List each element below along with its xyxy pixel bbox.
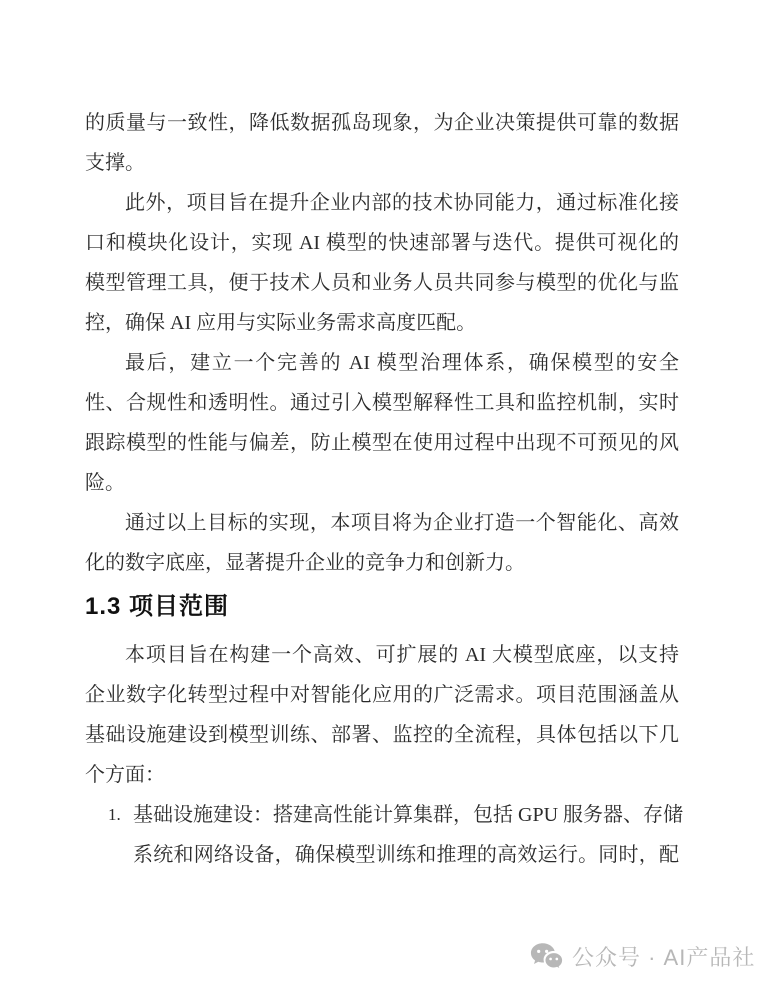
footer-watermark: 公众号 · AI产品社 — [530, 938, 755, 974]
text-line: 个方面： — [85, 755, 679, 795]
paragraph: 的质量与一致性，降低数据孤岛现象，为企业决策提供可靠的数据 支撑。 — [85, 103, 679, 183]
section-heading: 1.3 项目范围 — [85, 592, 679, 622]
text-line: 口和模块化设计，实现 AI 模型的快速部署与迭代。提供可视化的 — [85, 223, 679, 263]
paragraph: 最后，建立一个完善的 AI 模型治理体系，确保模型的安全 性、合规性和透明性。通… — [85, 343, 679, 503]
document-body: 的质量与一致性，降低数据孤岛现象，为企业决策提供可靠的数据 支撑。 此外，项目旨… — [85, 103, 679, 875]
list-item: 1. 基础设施建设：搭建高性能计算集群，包括 GPU 服务器、存储 系统和网络设… — [85, 795, 679, 875]
text-line: 基础设施建设：搭建高性能计算集群，包括 GPU 服务器、存储 — [85, 795, 679, 835]
document-page: 的质量与一致性，降低数据孤岛现象，为企业决策提供可靠的数据 支撑。 此外，项目旨… — [0, 0, 765, 990]
text-line: 本项目旨在构建一个高效、可扩展的 AI 大模型底座，以支持 — [85, 635, 679, 675]
text-line: 的质量与一致性，降低数据孤岛现象，为企业决策提供可靠的数据 — [85, 103, 679, 143]
list-marker: 1. — [108, 795, 121, 835]
text-line: 跟踪模型的性能与偏差，防止模型在使用过程中出现不可预见的风 — [85, 423, 679, 463]
text-line: 此外，项目旨在提升企业内部的技术协同能力，通过标准化接 — [85, 183, 679, 223]
text-line: 通过以上目标的实现，本项目将为企业打造一个智能化、高效 — [85, 503, 679, 543]
text-line: 模型管理工具，便于技术人员和业务人员共同参与模型的优化与监 — [85, 263, 679, 303]
text-line: 险。 — [85, 463, 679, 503]
text-line: 系统和网络设备，确保模型训练和推理的高效运行。同时，配 — [85, 835, 679, 875]
paragraph: 通过以上目标的实现，本项目将为企业打造一个智能化、高效 化的数字底座，显著提升企… — [85, 503, 679, 583]
watermark-label: 公众号 · AI产品社 — [572, 941, 755, 972]
text-line: 控，确保 AI 应用与实际业务需求高度匹配。 — [85, 303, 679, 343]
wechat-icon — [530, 942, 564, 971]
text-line: 企业数字化转型过程中对智能化应用的广泛需求。项目范围涵盖从 — [85, 675, 679, 715]
text-line: 支撑。 — [85, 143, 679, 183]
paragraph: 此外，项目旨在提升企业内部的技术协同能力，通过标准化接 口和模块化设计，实现 A… — [85, 183, 679, 343]
text-line: 化的数字底座，显著提升企业的竞争力和创新力。 — [85, 543, 679, 583]
text-line: 基础设施建设到模型训练、部署、监控的全流程，具体包括以下几 — [85, 715, 679, 755]
text-line: 性、合规性和透明性。通过引入模型解释性工具和监控机制，实时 — [85, 383, 679, 423]
paragraph: 本项目旨在构建一个高效、可扩展的 AI 大模型底座，以支持 企业数字化转型过程中… — [85, 635, 679, 795]
text-line: 最后，建立一个完善的 AI 模型治理体系，确保模型的安全 — [85, 343, 679, 383]
